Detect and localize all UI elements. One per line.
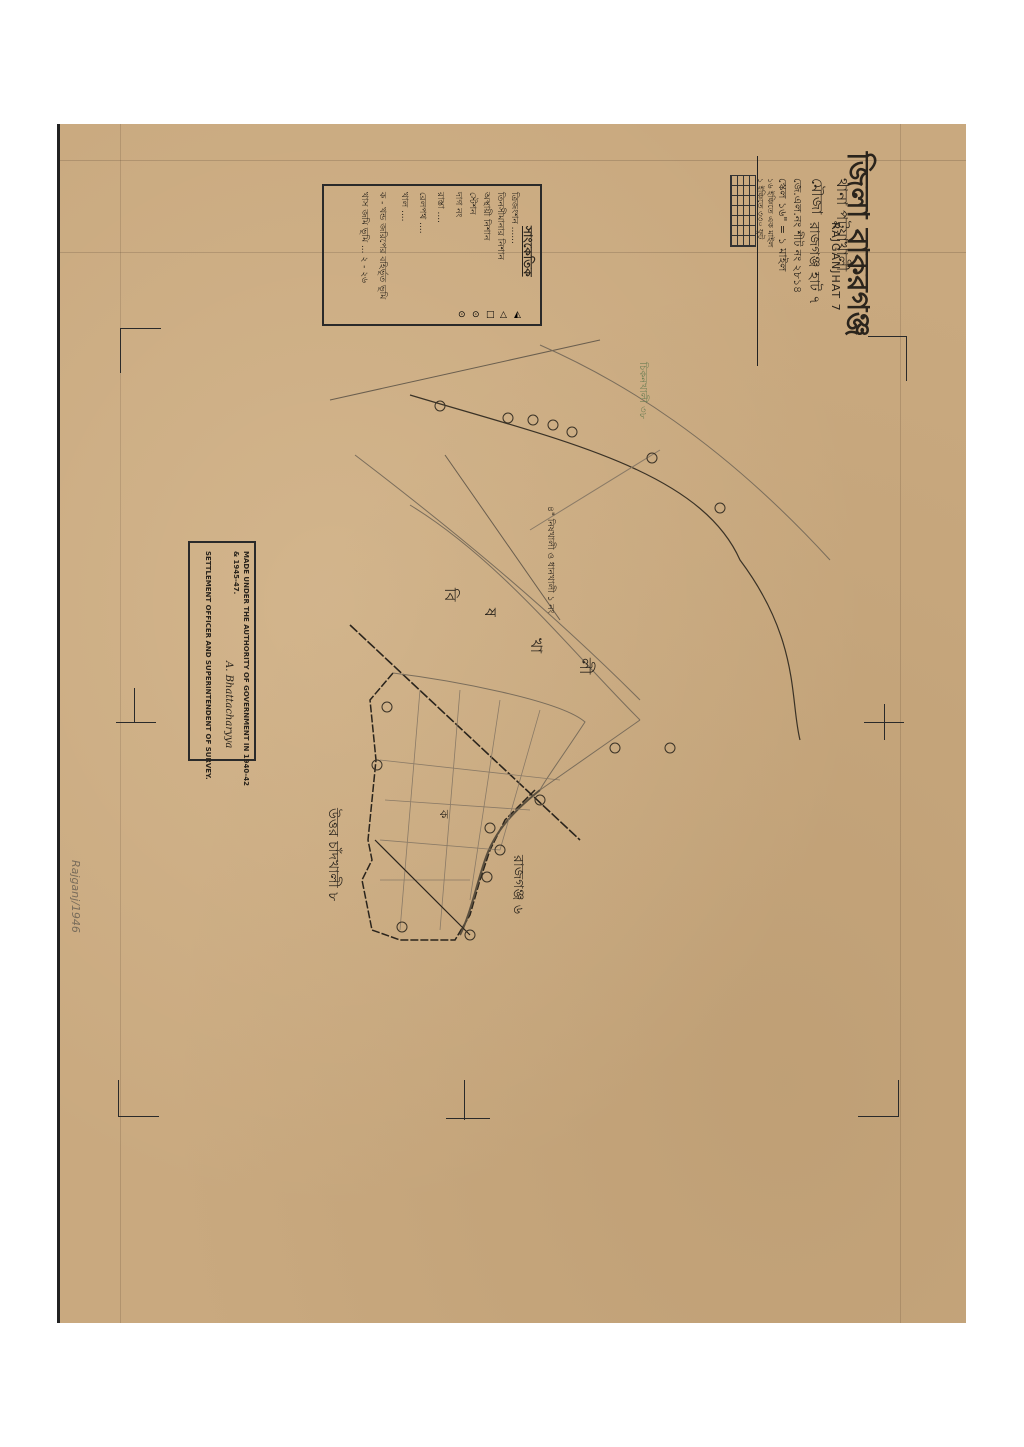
pencil-note: চিকনখালী ৩৮: [633, 362, 650, 419]
mouza-name-en: RAJGANJHAT 7: [829, 222, 842, 312]
title-rule: [757, 156, 758, 366]
village-north-label: উত্তর চাঁদখালী ৮: [321, 808, 345, 901]
mouza-label: মৌজা: [803, 178, 828, 214]
river-letter: খা: [522, 638, 549, 653]
authority-box: MADE UNDER THE AUTHORITY OF GOVERNMENT I…: [188, 541, 256, 761]
legend-box: সাংকেতিক ত্রিজংশন ...... তিনসীমানার নিশা…: [322, 184, 542, 326]
village-south-label: রাজগঞ্জ ৬: [506, 855, 530, 914]
legend-item: খাল ....: [397, 192, 412, 222]
authority-line-1: MADE UNDER THE AUTHORITY OF GOVERNMENT I…: [242, 551, 250, 786]
legend-item: রেলপথ ....: [415, 192, 430, 234]
circle-icon: ⊙: [458, 310, 466, 320]
authority-footer: SETTLEMENT OFFICER AND SUPERINTENDENT OF…: [204, 551, 212, 780]
scale-bar-grid: [730, 175, 756, 247]
legend-item: অস্থায়ী নিশান: [479, 192, 494, 240]
river-letter: বি: [436, 588, 463, 601]
boundary-label: ৪" নিষখালী ও ধানখালী ১ নং: [543, 506, 558, 614]
legend-item: ত্রিজংশন ......: [507, 192, 522, 244]
triangle-flag-icon: ◭: [514, 310, 521, 320]
legend-item: খাস জমি ভূমি ... ২ - ২৬: [357, 192, 372, 283]
legend-item: স্টেশন: [465, 192, 480, 215]
triangle-icon: △: [500, 310, 507, 320]
signature: A. Bhattacharyya: [223, 661, 234, 748]
legend-item: তিনসীমানার নিশান: [493, 192, 508, 260]
river-letter: লী: [571, 658, 598, 675]
legend-item: দাগ নং: [451, 192, 466, 217]
legend-item: ক - খন্ড জরিপের বহির্ভূত ভূমি: [375, 192, 390, 299]
river-letter: ষ: [476, 608, 503, 617]
pencil-note: Rajganj/1946: [69, 860, 82, 933]
plot-label: ক: [432, 810, 452, 818]
authority-line-2: & 1945-47.: [232, 551, 240, 594]
legend-item: রাস্তা ....: [433, 192, 448, 223]
square-icon: □: [486, 310, 495, 320]
circle-dot-icon: ⊙: [472, 310, 480, 320]
